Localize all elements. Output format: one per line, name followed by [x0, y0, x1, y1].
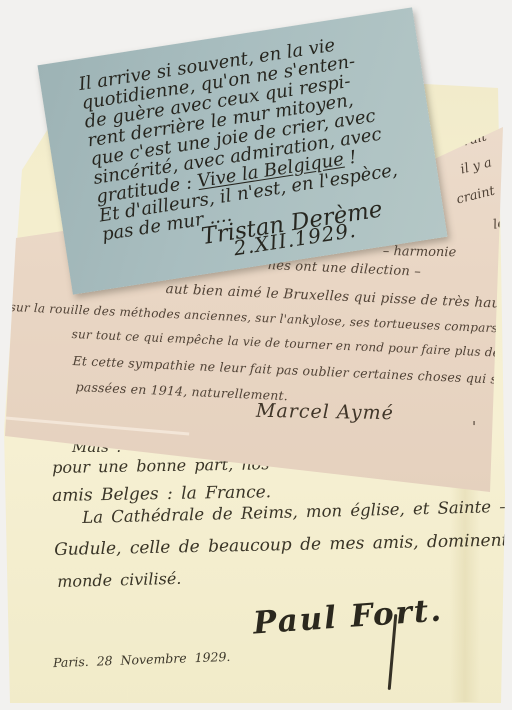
edge-fragment: craint: [455, 184, 496, 208]
edge-fragment: – harmonie: [383, 244, 457, 260]
letter-line: amis Belges : la France.: [52, 482, 271, 506]
letter-line: monde civilisé.: [57, 569, 182, 591]
edge-fragment: il y a: [459, 155, 493, 177]
marcel-ayme-signature: Marcel Aymé: [256, 400, 394, 424]
letter-line: Gudule, celle de beaucoup de mes amis, d…: [54, 530, 512, 560]
edge-fragment: le: [492, 216, 506, 233]
letter-line: aut bien aimé le Bruxelles qui pisse de …: [165, 281, 506, 312]
paul-fort-signature: Paul Fort.: [252, 592, 444, 641]
stray-ink-mark: ': [472, 418, 476, 436]
card-text-block: Il arrive si souvent, en la vie quotidie…: [77, 26, 427, 278]
photo-of-letters: Mais ! pour une bonne part, nos amis Bel…: [0, 0, 512, 710]
paper-crease: [0, 416, 189, 436]
letter-line: nes ont une dilection –: [267, 258, 421, 280]
paul-fort-dateline: Paris. 28 Novembre 1929.: [53, 649, 231, 670]
